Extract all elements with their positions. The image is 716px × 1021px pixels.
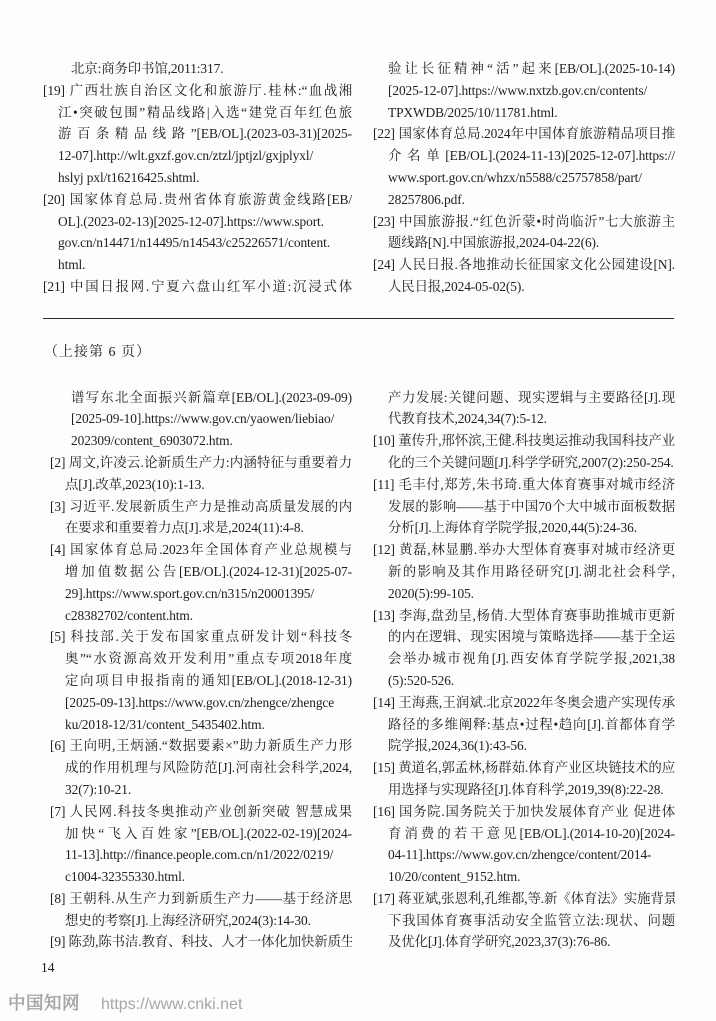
- reference-line: 29].https://www.sport.gov.cn/n315/n20001…: [43, 583, 352, 605]
- reference-line: 人民日报,2024-05-02(5).: [373, 276, 675, 298]
- reference-line: [21] 中国日报网.宁夏六盘山红军小道:沉浸式体: [43, 276, 352, 298]
- reference-line: 育消费的若干意见[EB/OL].(2014-10-20)[2024-: [373, 823, 675, 845]
- reference-line: 点[J].改革,2023(10):1-13.: [43, 474, 352, 496]
- reference-line: [22] 国家体育总局.2024年中国体育旅游精品项目推: [373, 123, 675, 145]
- reference-line: 04-11].https://www.gov.cn/zhengce/conten…: [373, 844, 675, 866]
- reference-line: 江•突破包围”精品线路|入选“建党百年红色旅: [43, 102, 352, 124]
- reference-line: 北京:商务印书馆,2011:317.: [43, 58, 352, 80]
- reference-line: 定向项目申报指南的通知[EB/OL].(2018-12-31): [43, 670, 352, 692]
- reference-line: 化的三个关键问题[J].科学学研究,2007(2):250-254.: [373, 452, 675, 474]
- reference-line: 10/20/content_9152.htm.: [373, 866, 675, 888]
- reference-line: ku/2018-12/31/content_5435402.htm.: [43, 714, 352, 736]
- continued-from-note: （上接第 6 页）: [44, 342, 716, 364]
- reference-line: 路径的多维阐释:基点•过程•趋向[J].首都体育学: [373, 714, 675, 736]
- reference-line: [2025-09-13].https://www.gov.cn/zhengce/…: [43, 692, 352, 714]
- reference-line: [7] 人民网.科技冬奥推动产业创新突破 智慧成果: [43, 801, 352, 823]
- reference-line: [20] 国家体育总局.贵州省体育旅游黄金线路[EB/: [43, 189, 352, 211]
- reference-line: [5] 科技部.关于发布国家重点研发计划“科技冬: [43, 626, 352, 648]
- references-bottom-left-column: 谱写东北全面振兴新篇章[EB/OL].(2023-09-09)[2025-09-…: [43, 387, 352, 954]
- cnki-url: https://www.cnki.net: [101, 996, 242, 1014]
- reference-line: [4] 国家体育总局.2023年全国体育产业总规模与: [43, 539, 352, 561]
- reference-line: 新的影响及其作用路径研究[J].湖北社会科学,: [373, 561, 675, 583]
- references-top-right-column: 验让长征精神“活”起来[EB/OL].(2025-10-14)[2025-12-…: [373, 58, 675, 298]
- reference-line: 增加值数据公告[EB/OL].(2024-12-31)[2025-07-: [43, 561, 352, 583]
- reference-line: 验让长征精神“活”起来[EB/OL].(2025-10-14): [373, 58, 675, 80]
- reference-line: [8] 王朝科.从生产力到新质生产力——基于经济思: [43, 888, 352, 910]
- reference-line: 下我国体育赛事活动安全监管立法:现状、问题: [373, 910, 675, 932]
- section-divider: [43, 318, 674, 319]
- reference-line: 成的作用机理与风险防范[J].河南社会科学,2024,: [43, 757, 352, 779]
- reference-line: [16] 国务院.国务院关于加快发展体育产业 促进体: [373, 801, 675, 823]
- references-top-section: 北京:商务印书馆,2011:317.[19] 广西壮族自治区文化和旅游厅.桂林:…: [0, 58, 716, 298]
- reference-line: [2025-09-10].https://www.gov.cn/yaowen/l…: [43, 408, 352, 430]
- reference-line: 院学报,2024,36(1):43-56.: [373, 735, 675, 757]
- reference-line: 题线路[N].中国旅游报,2024-04-22(6).: [373, 232, 675, 254]
- reference-line: www.sport.gov.cn/whzx/n5588/c25757858/pa…: [373, 167, 675, 189]
- reference-line: [19] 广西壮族自治区文化和旅游厅.桂林:“血战湘: [43, 80, 352, 102]
- reference-line: [6] 王向明,王炳涵.“数据要素×”助力新质生产力形: [43, 735, 352, 757]
- reference-line: 代教育技术,2024,34(7):5-12.: [373, 408, 675, 430]
- reference-line: 游百条精品线路”[EB/OL].(2023-03-31)[2025-: [43, 123, 352, 145]
- reference-line: 的内在逻辑、现实困境与策略选择——基于全运: [373, 626, 675, 648]
- page-number: 14: [41, 960, 55, 976]
- reference-line: 发展的影响——基于中国70个大中城市面板数据: [373, 496, 675, 518]
- reference-line: 2020(5):99-105.: [373, 583, 675, 605]
- reference-line: 介名单[EB/OL].(2024-11-13)[2025-12-07].http…: [373, 145, 675, 167]
- reference-line: [15] 黄道名,郭孟林,杨群茹.体育产业区块链技术的应: [373, 757, 675, 779]
- reference-line: [12] 黄磊,林显鹏.举办大型体育赛事对城市经济更: [373, 539, 675, 561]
- reference-line: 202309/content_6903072.htm.: [43, 430, 352, 452]
- references-bottom-section: 谱写东北全面振兴新篇章[EB/OL].(2023-09-09)[2025-09-…: [0, 387, 716, 954]
- references-bottom-right-column: 产力发展:关键问题、现实逻辑与主要路径[J].现代教育技术,2024,34(7)…: [373, 387, 675, 954]
- reference-line: 在要求和重要着力点[J].求是,2024(11):4-8.: [43, 517, 352, 539]
- reference-line: [24] 人民日报.各地推动长征国家文化公园建设[N].: [373, 254, 675, 276]
- reference-line: 分析[J].上海体育学院学报,2020,44(5):24-36.: [373, 517, 675, 539]
- reference-line: c1004-32355330.html.: [43, 866, 352, 888]
- reference-line: gov.cn/n14471/n14495/n14543/c25226571/co…: [43, 232, 352, 254]
- reference-line: [9] 陈劲,陈书洁.教育、科技、人才一体化加快新质生: [43, 931, 352, 953]
- cnki-watermark: 中国知网 https://www.cnki.net: [8, 990, 242, 1015]
- reference-line: [3] 习近平.发展新质生产力是推动高质量发展的内: [43, 496, 352, 518]
- reference-line: hslyj pxl/t16216425.shtml.: [43, 167, 352, 189]
- reference-line: 谱写东北全面振兴新篇章[EB/OL].(2023-09-09): [43, 387, 352, 409]
- reference-line: html.: [43, 254, 352, 276]
- reference-line: [2025-12-07].https://www.nxtzb.gov.cn/co…: [373, 80, 675, 102]
- cnki-logo-text: 中国知网: [8, 990, 80, 1015]
- reference-line: 11-13].http://finance.people.com.cn/n1/2…: [43, 844, 352, 866]
- reference-line: (5):520-526.: [373, 670, 675, 692]
- document-page: 北京:商务印书馆,2011:317.[19] 广西壮族自治区文化和旅游厅.桂林:…: [0, 0, 716, 953]
- reference-line: 用选择与实现路径[J].体育科学,2019,39(8):22-28.: [373, 779, 675, 801]
- reference-line: 会举办城市视角[J].西安体育学院学报,2021,38: [373, 648, 675, 670]
- reference-line: [10] 董传升,邢怀滨,王健.科技奥运推动我国科技产业: [373, 430, 675, 452]
- reference-line: [11] 毛丰付,郑芳,朱书琦.重大体育赛事对城市经济: [373, 474, 675, 496]
- reference-line: [23] 中国旅游报.“红色沂蒙•时尚临沂”七大旅游主: [373, 211, 675, 233]
- reference-line: TPXWDB/2025/10/11781.html.: [373, 102, 675, 124]
- reference-line: 28257806.pdf.: [373, 189, 675, 211]
- reference-line: [2] 周文,许凌云.论新质生产力:内涵特征与重要着力: [43, 452, 352, 474]
- reference-line: 想史的考察[J].上海经济研究,2024(3):14-30.: [43, 910, 352, 932]
- reference-line: 加快“飞入百姓家”[EB/OL].(2022-02-19)[2024-: [43, 823, 352, 845]
- reference-line: [13] 李海,盘劲呈,杨倩.大型体育赛事助推城市更新: [373, 605, 675, 627]
- reference-line: [14] 王海燕,王润斌.北京2022年冬奥会遗产实现传承: [373, 692, 675, 714]
- reference-line: c28382702/content.htm.: [43, 605, 352, 627]
- reference-line: [17] 蒋亚斌,张恩利,孔维都,等.新《体育法》实施背景: [373, 888, 675, 910]
- reference-line: 12-07].http://wlt.gxzf.gov.cn/ztzl/jptjz…: [43, 145, 352, 167]
- references-top-left-column: 北京:商务印书馆,2011:317.[19] 广西壮族自治区文化和旅游厅.桂林:…: [43, 58, 352, 298]
- reference-line: 奥”“水资源高效开发利用”重点专项2018年度: [43, 648, 352, 670]
- reference-line: 及优化[J].体育学研究,2023,37(3):76-86.: [373, 931, 675, 953]
- reference-line: 32(7):10-21.: [43, 779, 352, 801]
- reference-line: OL].(2023-02-13)[2025-12-07].https://www…: [43, 211, 352, 233]
- reference-line: 产力发展:关键问题、现实逻辑与主要路径[J].现: [373, 387, 675, 409]
